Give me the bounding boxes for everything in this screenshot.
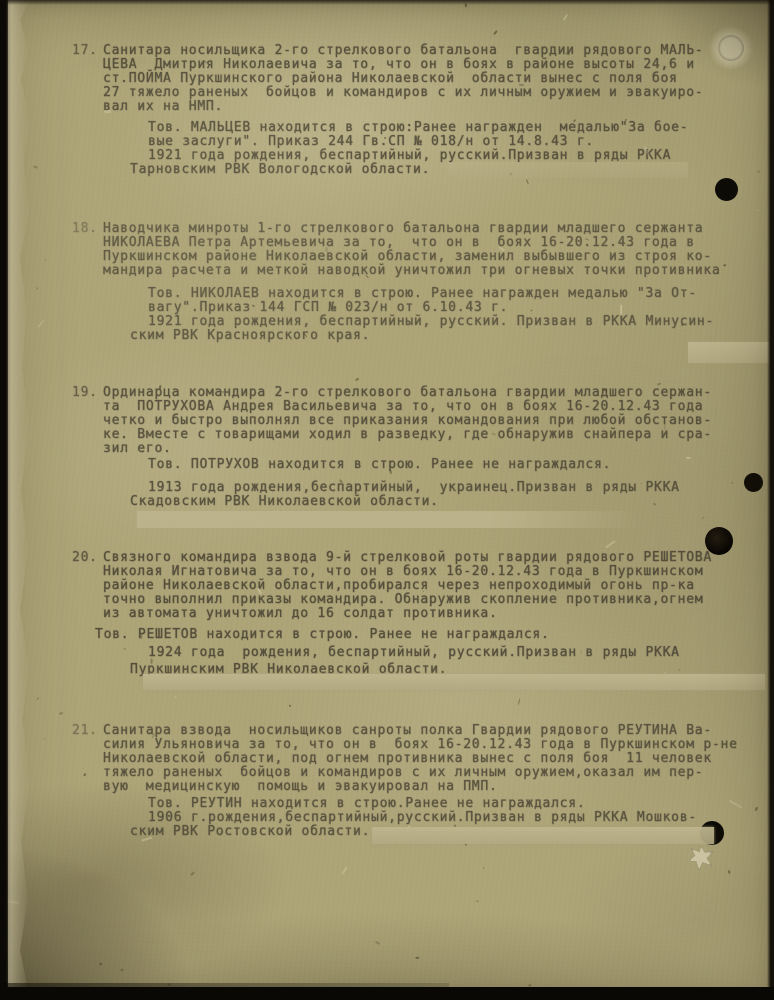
paper-speck (37, 287, 39, 290)
paper-speck (606, 540, 617, 548)
typed-line: Тов. МАЛЬЦЕВ находится в строю:Ранее наг… (148, 121, 767, 135)
typed-line: точно выполнил приказы командира. Обнару… (103, 593, 767, 607)
typed-line: ЦЕВА Дмитрия Николаевича за то, что он в… (103, 58, 767, 72)
typed-line: 1906 г.рождения,беспартийный,русский.При… (148, 811, 767, 825)
typed-line: зил его. (103, 442, 767, 456)
typed-line: вал их на НМП. (103, 100, 767, 114)
ink-blob (744, 473, 763, 492)
paper-speck (526, 180, 529, 185)
paper-speck (83, 773, 87, 777)
paper-speck (190, 872, 195, 877)
paper-speck (375, 941, 381, 946)
paper-speck (45, 260, 47, 262)
redaction-bar (143, 674, 765, 690)
paper-speck (120, 969, 124, 973)
redaction-bar (688, 342, 770, 363)
typed-line: 1924 года рождения, беспартийный, русски… (148, 646, 767, 660)
typed-line: Связного командира взвода 9-й стрелковой… (103, 551, 767, 565)
typed-line: Тов. ПОТРУХОВ находится в строю. Ранее н… (148, 458, 767, 472)
typed-line: ке. Вместе с товарищами ходил в разведку… (103, 428, 767, 442)
paper-speck (465, 3, 467, 7)
typed-line: Санитара взвода носильщиков санроты полк… (103, 724, 767, 738)
hole-punch (718, 35, 744, 61)
typed-line: вагу".Приказ 144 ГСП № 023/н от 6.10.43 … (148, 301, 767, 315)
typed-line: та ПОТРУХОВА Андрея Васильевича за то, ч… (103, 400, 767, 414)
page-edge-bottom (0, 987, 774, 1000)
paper-speck (168, 983, 170, 986)
typed-line: Скадовским РВК Николаевской области. (130, 495, 767, 509)
paper-speck (355, 377, 360, 381)
paper-speck (0, 59, 6, 63)
typed-line: ским РВК Красноярского края. (130, 329, 767, 343)
hole-punch (705, 527, 733, 555)
redaction-bar (137, 511, 637, 528)
typed-line: тяжело раненых бойцов и командиров с их … (103, 766, 767, 780)
hole-punch (689, 846, 713, 870)
paper-speck (475, 900, 478, 903)
paper-speck (415, 957, 420, 959)
typed-line: Тов. РЕУТИН находится в строю.Ранее не н… (148, 797, 767, 811)
entry-number: 20. (72, 551, 98, 565)
redaction-bar (448, 162, 688, 178)
paper-speck (289, 705, 291, 707)
paper-speck (563, 14, 569, 21)
paper-speck (494, 30, 499, 35)
typed-line: четко и быстро выполнял все приказания к… (103, 414, 767, 428)
typed-line: Николаевской области, под огнем противни… (103, 752, 767, 766)
paper-speck (341, 866, 347, 875)
paper-speck (518, 699, 520, 705)
page-edge-right (767, 0, 774, 1000)
typed-line: вую медицинскую помощь и эвакуировал на … (103, 780, 767, 794)
typed-line: 1921 года рождения, беспартийный, русски… (148, 149, 767, 163)
paper-speck (727, 870, 730, 874)
paper-speck (37, 320, 44, 328)
paper-speck (36, 697, 39, 701)
typed-line: 27 тяжело раненых бойцов и командиров с … (103, 86, 767, 100)
typed-line: Санитара носильщика 2-го стрелкового бат… (103, 44, 767, 58)
entry-paragraph: 20.Связного командира взвода 9-й стрелко… (103, 551, 767, 677)
paper-speck (528, 984, 532, 987)
page-edge-top (0, 0, 774, 5)
entry-paragraph: 21.Санитара взвода носильщиков санроты п… (103, 724, 767, 839)
paper-speck (6, 900, 19, 904)
paper-speck (43, 738, 45, 740)
typed-line: Тов. НИКОЛАЕВ находится в строю. Ранее н… (148, 287, 767, 301)
typed-line: Тов. РЕШЕТОВ находится в строю. Ранее не… (95, 628, 767, 642)
paper-speck (33, 165, 38, 168)
typed-line: НИКОЛАЕВА Петра Артемьевича за то, что о… (103, 236, 767, 250)
typed-line: ст.ПОЙМА Пуркшинского района Николаевско… (103, 72, 767, 86)
corner-shadow (0, 850, 190, 1000)
typed-line: 1921 года рождения, беспартийный, русски… (148, 315, 767, 329)
typed-line: Ординарца командира 2-го стрелкового бат… (103, 386, 767, 400)
torn-paper-edge (8, 0, 30, 1000)
ink-blob (715, 178, 738, 201)
typed-line: Николая Игнатовича за то, что он в боях … (103, 565, 767, 579)
paper-speck (483, 867, 485, 869)
entry-paragraph: 18.Наводчика минроты 1-го стрелкового ба… (103, 222, 767, 343)
document-page: 17.Санитара носильщика 2-го стрелкового … (0, 0, 774, 1000)
entry-number: 21. (72, 724, 98, 738)
paper-speck (701, 515, 705, 519)
paper-speck (59, 712, 63, 715)
entry-number: 18. (72, 222, 98, 236)
paper-speck (98, 962, 102, 966)
redaction-bar (372, 827, 714, 844)
entry-number: 19. (72, 386, 98, 400)
typed-line: вые заслуги". Приказ 244 Гв.СП № 018/н о… (148, 135, 767, 149)
typed-line: Пуркшинском районе Николаевской области,… (103, 250, 767, 264)
typed-line: Наводчика минроты 1-го стрелкового батал… (103, 222, 767, 236)
page-edge-left (0, 0, 11, 1000)
typed-line: 1913 года рождения,беспартийный, украине… (148, 481, 767, 495)
entry-paragraph: 17.Санитара носильщика 2-го стрелкового … (103, 44, 767, 177)
typed-line: силия Ульяновича за то, что он в боях 16… (103, 738, 767, 752)
typed-line: мандира расчета и меткой наводкой уничто… (103, 264, 767, 278)
entry-number: 17. (72, 44, 98, 58)
paper-speck (175, 695, 177, 697)
typed-line: из автомата уничтожил до 16 солдат проти… (103, 607, 767, 621)
typed-line: районе Николаевской области,пробирался ч… (103, 579, 767, 593)
entry-paragraph: 19.Ординарца командира 2-го стрелкового … (103, 386, 767, 509)
paper-speck (757, 209, 758, 211)
